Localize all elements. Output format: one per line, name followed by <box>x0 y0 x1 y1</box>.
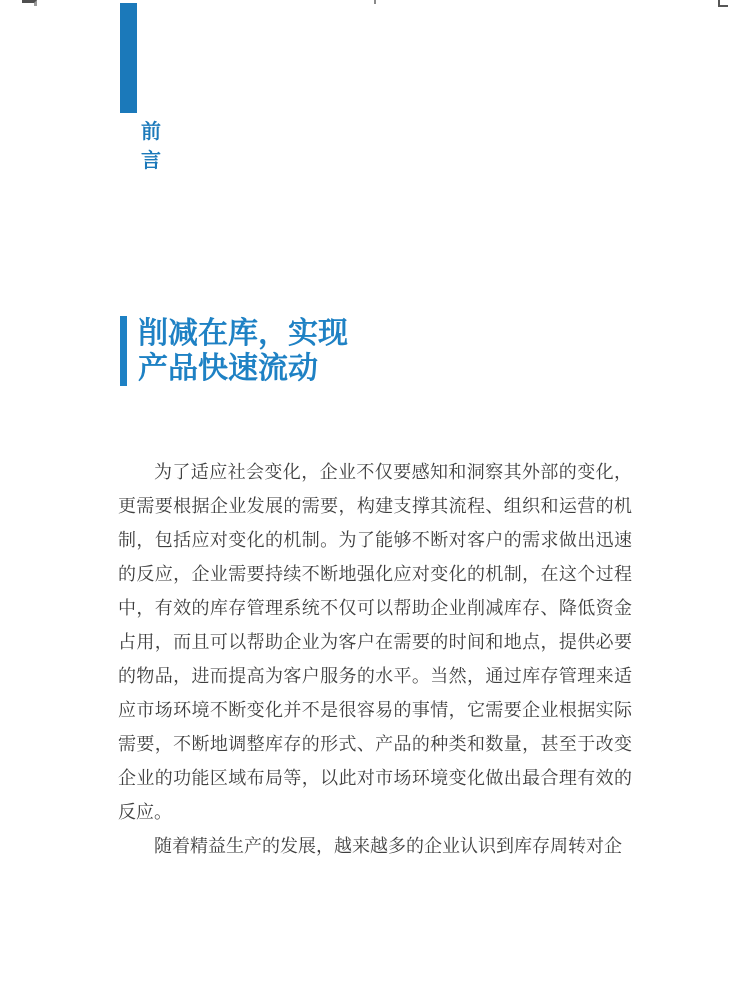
chapter-heading: 削减在库，实现 产品快速流动 <box>120 316 600 386</box>
body-text-line: 企业的功能区域布局等，以此对市场环境变化做出最合理有效的 <box>118 761 632 795</box>
body-text-line: 应市场环境不断变化并不是很容易的事情，它需要企业根据实际 <box>118 693 632 727</box>
body-text-line: 占用，而且可以帮助企业为客户在需要的时间和地点，提供必要 <box>118 625 632 659</box>
body-text-line: 中，有效的库存管理系统不仅可以帮助企业削减库存、降低资金 <box>118 591 632 625</box>
body-text-line: 随着精益生产的发展，越来越多的企业认识到库存周转对企 <box>118 829 632 863</box>
preface-label: 前言 <box>141 118 163 176</box>
chapter-heading-line-1: 削减在库，实现 <box>138 316 600 351</box>
chapter-heading-line-2: 产品快速流动 <box>138 351 600 386</box>
body-text-line: 制，包括应对变化的机制。为了能够不断对客户的需求做出迅速 <box>118 523 632 557</box>
body-text-line: 反应。 <box>118 795 632 829</box>
body-text-line: 更需要根据企业发展的需要，构建支撑其流程、组织和运营的机 <box>118 489 632 523</box>
body-text-line: 为了适应社会变化，企业不仅要感知和洞察其外部的变化， <box>118 455 632 489</box>
body-text: 为了适应社会变化，企业不仅要感知和洞察其外部的变化， 更需要根据企业发展的需要，… <box>118 455 632 863</box>
body-text-line: 的物品，进而提高为客户服务的水平。当然，通过库存管理来适 <box>118 659 632 693</box>
body-text-line: 需要，不断地调整库存的形式、产品的种类和数量，甚至于改变 <box>118 727 632 761</box>
top-right-cropped-icon <box>718 0 728 7</box>
top-center-cropped-icon <box>374 0 376 4</box>
top-left-cropped-icon <box>22 0 37 6</box>
preface-accent-bar <box>120 3 137 113</box>
body-text-line: 的反应，企业需要持续不断地强化应对变化的机制，在这个过程 <box>118 557 632 591</box>
